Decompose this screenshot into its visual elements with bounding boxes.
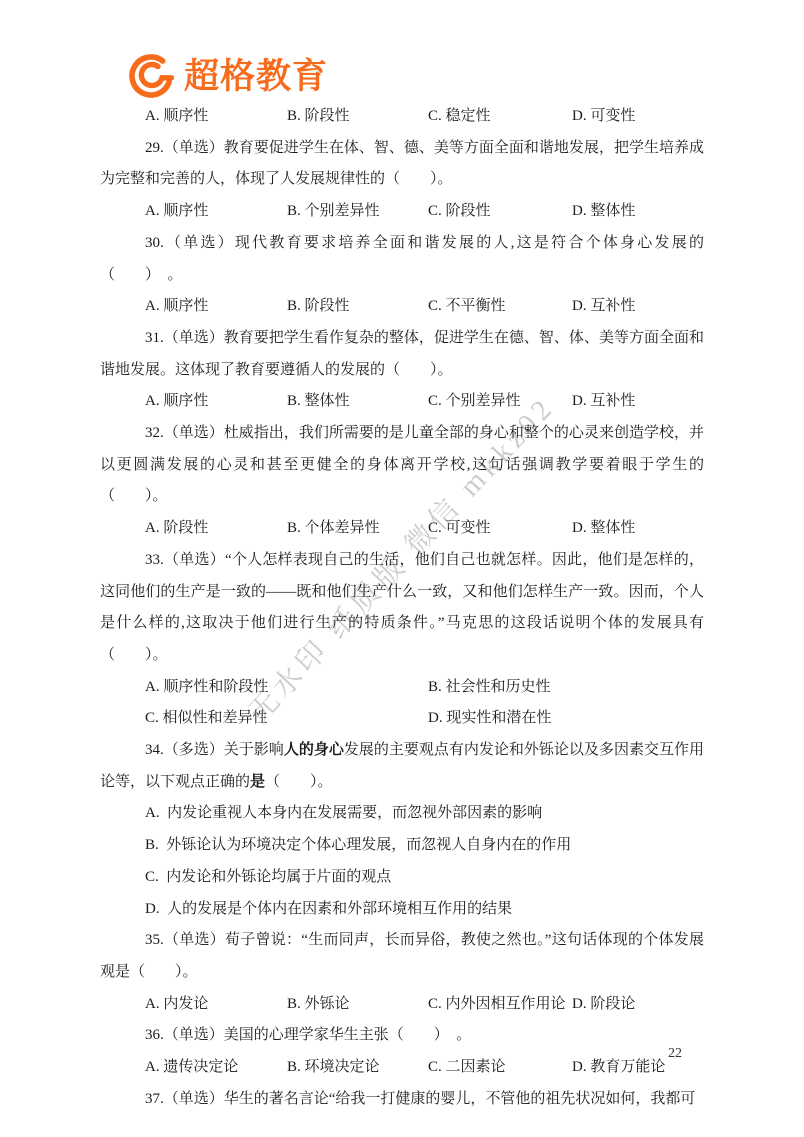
question-35-options-row: A. 内发论 B. 外铄论 C. 内外因相互作用论 D. 阶段论 — [100, 989, 704, 1021]
question-34-option-a: A. 内发论重视人本身内在发展需要，而忽视外部因素的影响 — [100, 798, 704, 830]
option-b: B. 个体差异性 — [287, 513, 428, 545]
option-b: B. 个别差异性 — [287, 196, 428, 228]
exam-content: A. 顺序性 B. 阶段性 C. 稳定性 D. 可变性 29.（单选）教育要促进… — [100, 101, 704, 1116]
question-34-option-d: D. 人的发展是个体内在因素和外部环境相互作用的结果 — [100, 894, 704, 926]
option-b: B. 阶段性 — [287, 291, 428, 323]
option-a: A. 顺序性 — [145, 291, 287, 323]
option-c: C. 二因素论 — [428, 1052, 572, 1084]
page-number: 22 — [668, 1046, 682, 1062]
option-a: A. 内发论 — [145, 989, 287, 1021]
question-36-options-row: A. 遗传决定论 B. 环境决定论 C. 二因素论 D. 教育万能论 — [100, 1052, 704, 1084]
brand-logo: 超格教育 — [127, 52, 328, 100]
option-d: D. 教育万能论 — [572, 1052, 665, 1084]
question-34-option-c: C. 内发论和外铄论均属于片面的观点 — [100, 862, 704, 894]
option-c: C. 阶段性 — [428, 196, 572, 228]
question-30-options-row: A. 顺序性 B. 阶段性 C. 不平衡性 D. 互补性 — [100, 291, 704, 323]
question-32-options-row: A. 阶段性 B. 个体差异性 C. 可变性 D. 整体性 — [100, 513, 704, 545]
option-b: B. 阶段性 — [287, 101, 428, 133]
document-page: 无水印 纸质版 微信 mkkz02 超格教育 A. 顺序性 B. 阶段性 C. … — [0, 0, 804, 1137]
question-33-options-row-2: C. 相似性和差异性 D. 现实性和潜在性 — [100, 703, 704, 735]
question-35-stem: 35.（单选）荀子曾说：“生而同声，长而异俗，教使之然也。”这句话体现的个体发展… — [100, 925, 704, 988]
option-c: C. 个别差异性 — [428, 386, 572, 418]
option-d: D. 互补性 — [572, 386, 635, 418]
option-c: C. 稳定性 — [428, 101, 572, 133]
option-b: B. 外铄论 — [287, 989, 428, 1021]
option-d: D. 阶段论 — [572, 989, 635, 1021]
option-a: A. 阶段性 — [145, 513, 287, 545]
brand-name: 超格教育 — [184, 59, 328, 94]
option-b: B. 社会性和历史性 — [428, 672, 551, 704]
option-a: A. 遗传决定论 — [145, 1052, 287, 1084]
question-37-stem: 37.（单选）华生的著名言论“给我一打健康的婴儿，不管他的祖先状况如何，我都可 — [100, 1084, 704, 1116]
option-a: A. 顺序性和阶段性 — [145, 672, 428, 704]
question-29-stem: 29.（单选）教育要促进学生在体、智、德、美等方面全面和谐地发展，把学生培养成为… — [100, 133, 704, 196]
option-a: A. 顺序性 — [145, 196, 287, 228]
chaoge-logo-icon — [127, 52, 175, 100]
question-33-stem: 33.（单选）“个人怎样表现自己的生活，他们自己也就怎样。因此，他们是怎样的，这… — [100, 545, 704, 672]
question-29-options-row: A. 顺序性 B. 个别差异性 C. 阶段性 D. 整体性 — [100, 196, 704, 228]
option-d: D. 整体性 — [572, 196, 635, 228]
option-d: D. 整体性 — [572, 513, 635, 545]
option-a: A. 顺序性 — [145, 386, 287, 418]
question-30-stem: 30.（单选）现代教育要求培养全面和谐发展的人,这是符合个体身心发展的（ ） 。 — [100, 228, 704, 291]
option-c: C. 可变性 — [428, 513, 572, 545]
question-36-stem: 36.（单选）美国的心理学家华生主张（ ） 。 — [100, 1020, 704, 1052]
question-34-option-b: B. 外铄论认为环境决定个体心理发展，而忽视人自身内在的作用 — [100, 830, 704, 862]
option-d: D. 互补性 — [572, 291, 635, 323]
option-c: C. 相似性和差异性 — [145, 703, 428, 735]
option-a: A. 顺序性 — [145, 101, 287, 133]
question-31-stem: 31.（单选）教育要把学生看作复杂的整体，促进学生在德、智、体、美等方面全面和谐… — [100, 323, 704, 386]
question-33-options-row-1: A. 顺序性和阶段性 B. 社会性和历史性 — [100, 672, 704, 704]
option-d: D. 现实性和潜在性 — [428, 703, 551, 735]
question-31-options-row: A. 顺序性 B. 整体性 C. 个别差异性 D. 互补性 — [100, 386, 704, 418]
option-c: C. 不平衡性 — [428, 291, 572, 323]
question-32-stem: 32.（单选）杜威指出，我们所需要的是儿童全部的身心和整个的心灵来创造学校，并以… — [100, 418, 704, 513]
question-34-stem: 34.（多选）关于影响人的身心发展的主要观点有内发论和外铄论以及多因素交互作用论… — [100, 735, 704, 798]
option-d: D. 可变性 — [572, 101, 635, 133]
option-c: C. 内外因相互作用论 — [428, 989, 572, 1021]
option-b: B. 整体性 — [287, 386, 428, 418]
option-b: B. 环境决定论 — [287, 1052, 428, 1084]
question-28-options-row: A. 顺序性 B. 阶段性 C. 稳定性 D. 可变性 — [100, 101, 704, 133]
